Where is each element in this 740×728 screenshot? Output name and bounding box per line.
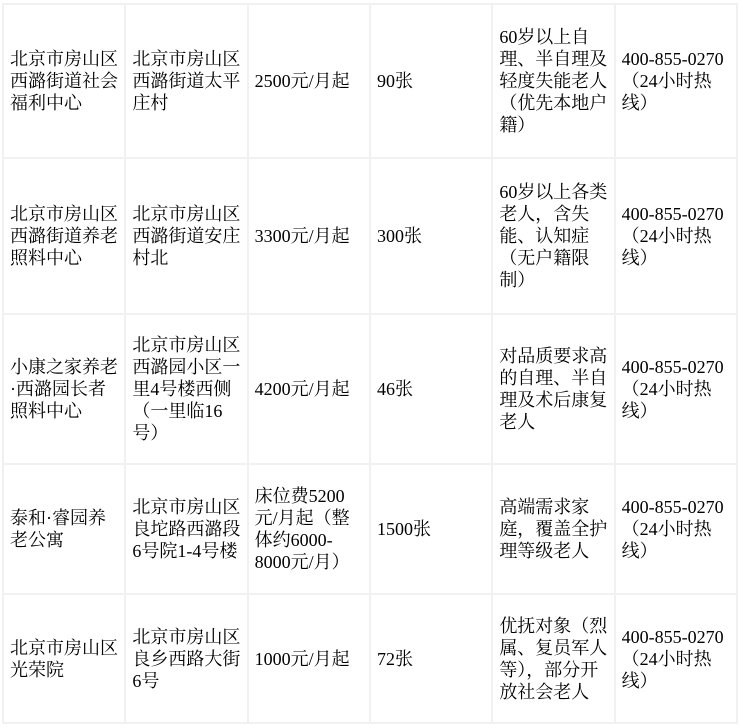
phone-cell: 400-855-0270（24小时热线） xyxy=(615,158,737,314)
address-cell: 北京市房山区良坨路西潞段6号院1-4号楼 xyxy=(125,464,247,594)
address-cell: 北京市房山区西潞街道安庄村北 xyxy=(125,158,247,314)
table-row: 泰和·睿园养老公寓 北京市房山区良坨路西潞段6号院1-4号楼 床位费5200元/… xyxy=(3,464,737,594)
beds-cell: 90张 xyxy=(370,4,492,158)
audience-cell: 高端需求家庭，覆盖全护理等级老人 xyxy=(492,464,614,594)
facility-name-cell: 小康之家养老·西潞园长者照料中心 xyxy=(3,314,125,464)
facility-table-container: 北京市房山区西潞街道社会福利中心 北京市房山区西潞街道太平庄村 2500元/月起… xyxy=(0,0,740,728)
beds-cell: 1500张 xyxy=(370,464,492,594)
facility-table: 北京市房山区西潞街道社会福利中心 北京市房山区西潞街道太平庄村 2500元/月起… xyxy=(2,3,738,724)
facility-name-cell: 泰和·睿园养老公寓 xyxy=(3,464,125,594)
price-cell: 1000元/月起 xyxy=(248,594,370,723)
beds-cell: 46张 xyxy=(370,314,492,464)
facility-name-cell: 北京市房山区西潞街道养老照料中心 xyxy=(3,158,125,314)
address-cell: 北京市房山区西潞园小区一里4号楼西侧（一里临16号） xyxy=(125,314,247,464)
table-row: 北京市房山区西潞街道养老照料中心 北京市房山区西潞街道安庄村北 3300元/月起… xyxy=(3,158,737,314)
table-row: 小康之家养老·西潞园长者照料中心 北京市房山区西潞园小区一里4号楼西侧（一里临1… xyxy=(3,314,737,464)
price-cell: 3300元/月起 xyxy=(248,158,370,314)
phone-cell: 400-855-0270（24小时热线） xyxy=(615,464,737,594)
table-row: 北京市房山区西潞街道社会福利中心 北京市房山区西潞街道太平庄村 2500元/月起… xyxy=(3,4,737,158)
audience-cell: 优抚对象（烈属、复员军人等），部分开放社会老人 xyxy=(492,594,614,723)
address-cell: 北京市房山区良乡西路大街6号 xyxy=(125,594,247,723)
facility-name-cell: 北京市房山区西潞街道社会福利中心 xyxy=(3,4,125,158)
audience-cell: 60岁以上自理、半自理及轻度失能老人（优先本地户籍） xyxy=(492,4,614,158)
beds-cell: 300张 xyxy=(370,158,492,314)
audience-cell: 60岁以上各类老人，含失能、认知症（无户籍限制） xyxy=(492,158,614,314)
phone-cell: 400-855-0270（24小时热线） xyxy=(615,314,737,464)
price-cell: 4200元/月起 xyxy=(248,314,370,464)
facility-table-body: 北京市房山区西潞街道社会福利中心 北京市房山区西潞街道太平庄村 2500元/月起… xyxy=(3,4,737,723)
beds-cell: 72张 xyxy=(370,594,492,723)
phone-cell: 400-855-0270（24小时热线） xyxy=(615,594,737,723)
facility-name-cell: 北京市房山区光荣院 xyxy=(3,594,125,723)
price-cell: 床位费5200元/月起（整体约6000-8000元/月） xyxy=(248,464,370,594)
audience-cell: 对品质要求高的自理、半自理及术后康复老人 xyxy=(492,314,614,464)
address-cell: 北京市房山区西潞街道太平庄村 xyxy=(125,4,247,158)
phone-cell: 400-855-0270（24小时热线） xyxy=(615,4,737,158)
price-cell: 2500元/月起 xyxy=(248,4,370,158)
table-row: 北京市房山区光荣院 北京市房山区良乡西路大街6号 1000元/月起 72张 优抚… xyxy=(3,594,737,723)
